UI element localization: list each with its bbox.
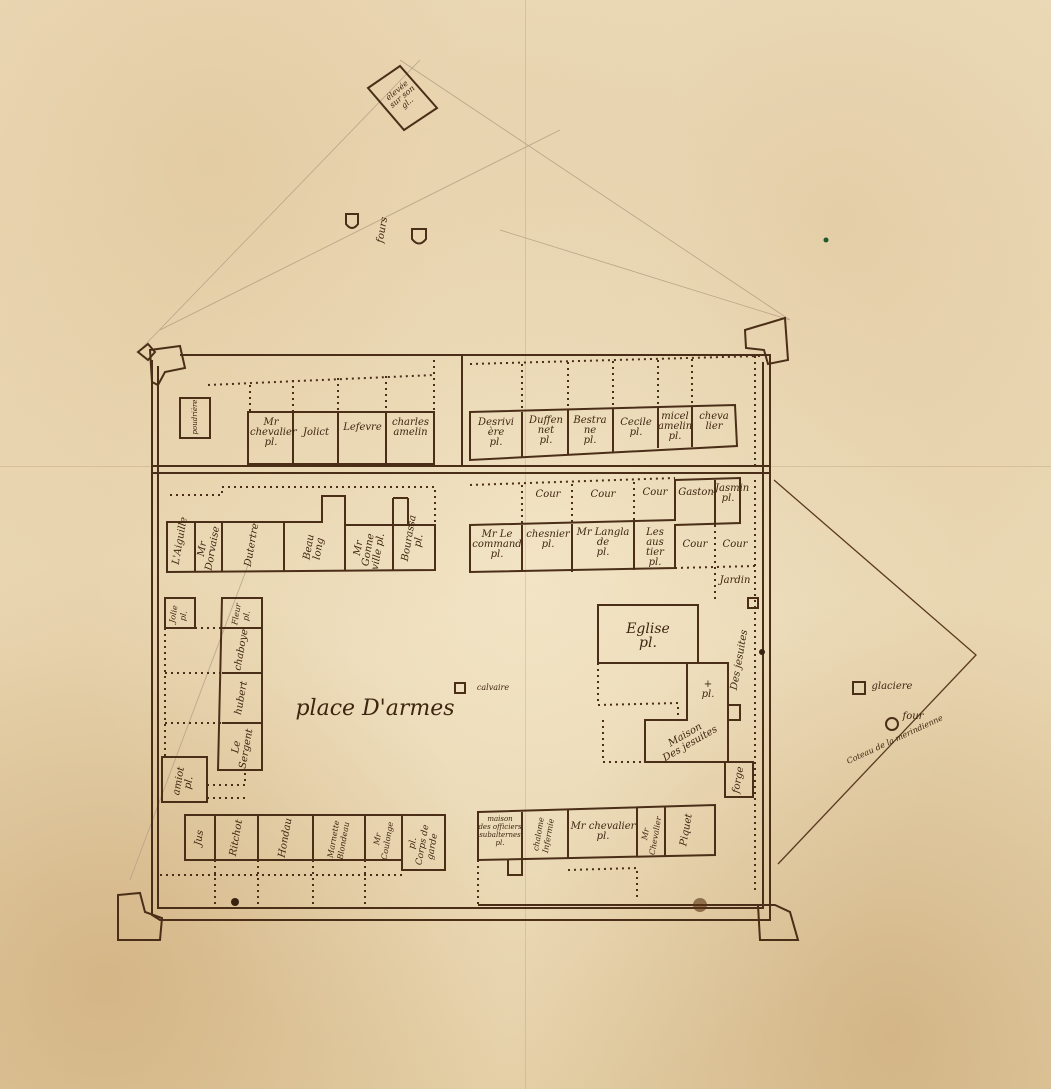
lot-label: chesnier pl. bbox=[524, 530, 572, 550]
jardin-label: Jardin bbox=[716, 576, 754, 586]
lot-label: Desrivi ère pl. bbox=[472, 418, 520, 448]
lot-label: Mr Le command pl. bbox=[472, 530, 522, 560]
lot-label: Mr chevalier pl. bbox=[250, 418, 292, 448]
lot-label: micel amelin pl. bbox=[658, 412, 692, 442]
lot-label: Bestra ne pl. bbox=[568, 416, 612, 446]
fort-plan-map: élevée sur son gl.. fours place D'armes … bbox=[0, 0, 1051, 1089]
lot-label: Gaston bbox=[676, 488, 716, 498]
lot-label: Duffen net pl. bbox=[524, 416, 568, 446]
officers-house-label: maison des officiers subalternes pl. bbox=[478, 815, 522, 847]
lot-label: Cecile pl. bbox=[614, 418, 658, 438]
cour-label: Cour bbox=[716, 540, 754, 550]
calvary-label: calvaire bbox=[468, 683, 518, 693]
lot-label: Mr Langla de pl. bbox=[574, 528, 632, 558]
lot-label: cheva lier bbox=[693, 412, 735, 432]
cour-label: Cour bbox=[524, 490, 572, 500]
lot-label: Jasmin pl. bbox=[715, 484, 741, 504]
lot-label: Lefevre bbox=[340, 423, 385, 433]
lot-label: charles amelin bbox=[388, 418, 433, 438]
church-label: Eglise pl. bbox=[600, 622, 696, 650]
powder-magazine-label: poudrière bbox=[190, 397, 200, 437]
cour-label: Cour bbox=[634, 488, 676, 498]
lot-label: Jolict bbox=[295, 428, 337, 438]
lot-label: + pl. bbox=[690, 680, 726, 700]
place-darmes-label: place D'armes bbox=[290, 698, 460, 720]
icehouse-label: glaciere bbox=[867, 682, 917, 692]
cour-label: Cour bbox=[574, 490, 632, 500]
cour-label: Cour bbox=[676, 540, 714, 550]
lot-label: Les aus tier pl. bbox=[636, 528, 674, 568]
lot-label: Mr chevalier pl. bbox=[570, 822, 636, 842]
